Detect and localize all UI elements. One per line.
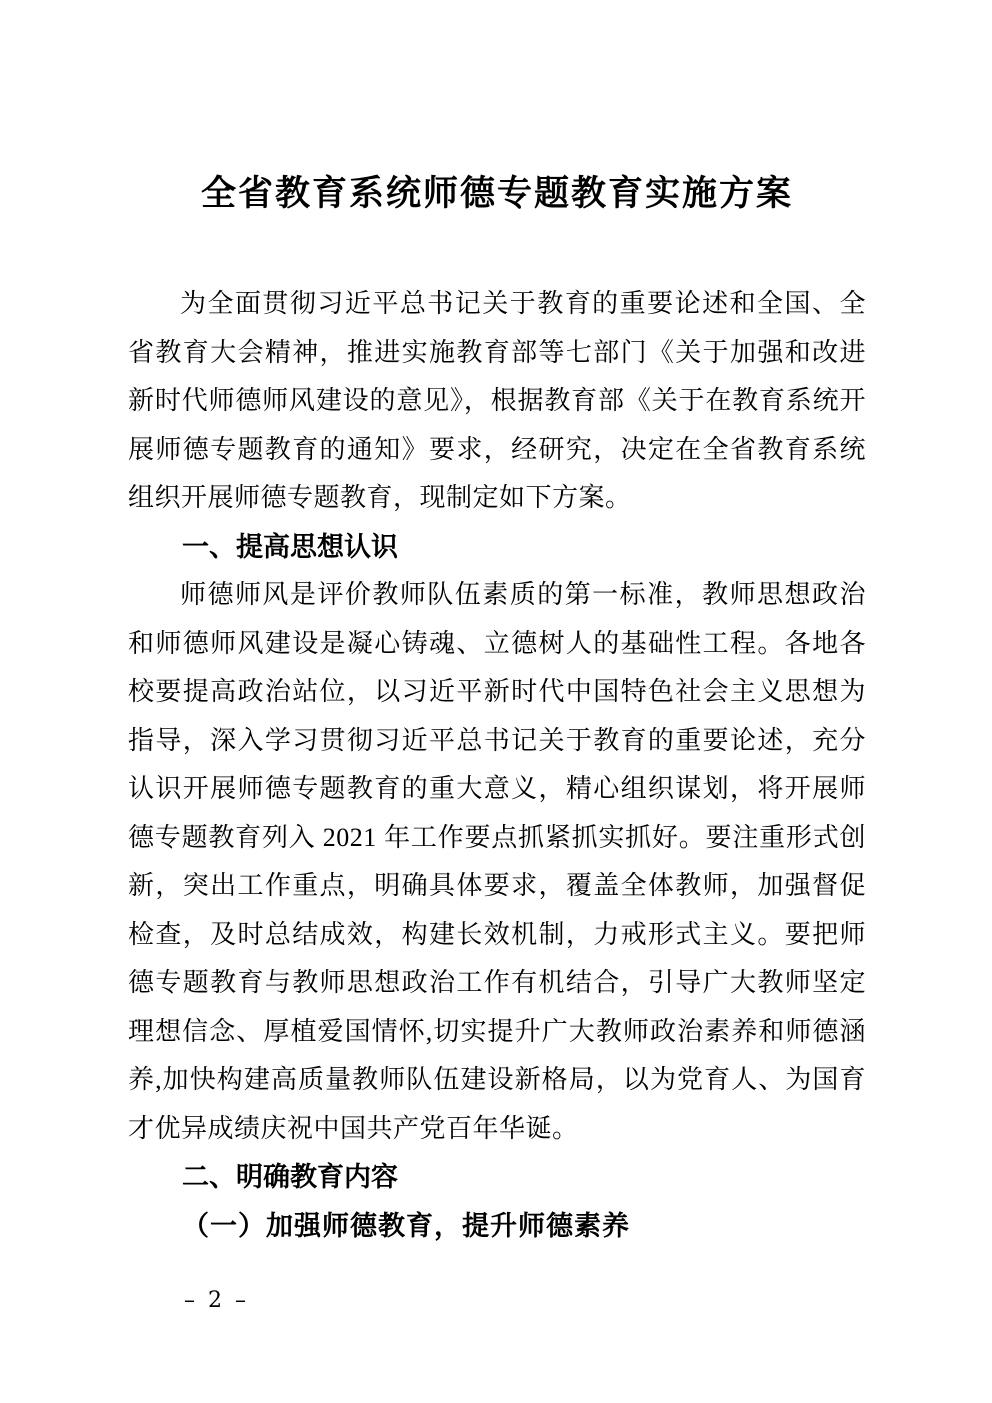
document-page: 全省教育系统师德专题教育实施方案 为全面贯彻习近平总书记关于教育的重要论述和全国… bbox=[0, 0, 992, 1403]
section-2-subheading-1: （一）加强师德教育，提升师德素养 bbox=[128, 1202, 866, 1251]
section-1-heading: 一、提高思想认识 bbox=[128, 523, 866, 572]
section-1-paragraph: 师德师风是评价教师队伍素质的第一标准，教师思想政治和师德师风建设是凝心铸魂、立德… bbox=[128, 571, 866, 1153]
section-2-heading: 二、明确教育内容 bbox=[128, 1153, 866, 1202]
intro-paragraph: 为全面贯彻习近平总书记关于教育的重要论述和全国、全省教育大会精神，推进实施教育部… bbox=[128, 280, 866, 523]
document-title: 全省教育系统师德专题教育实施方案 bbox=[128, 172, 866, 216]
page-number: – 2 – bbox=[184, 1286, 249, 1316]
